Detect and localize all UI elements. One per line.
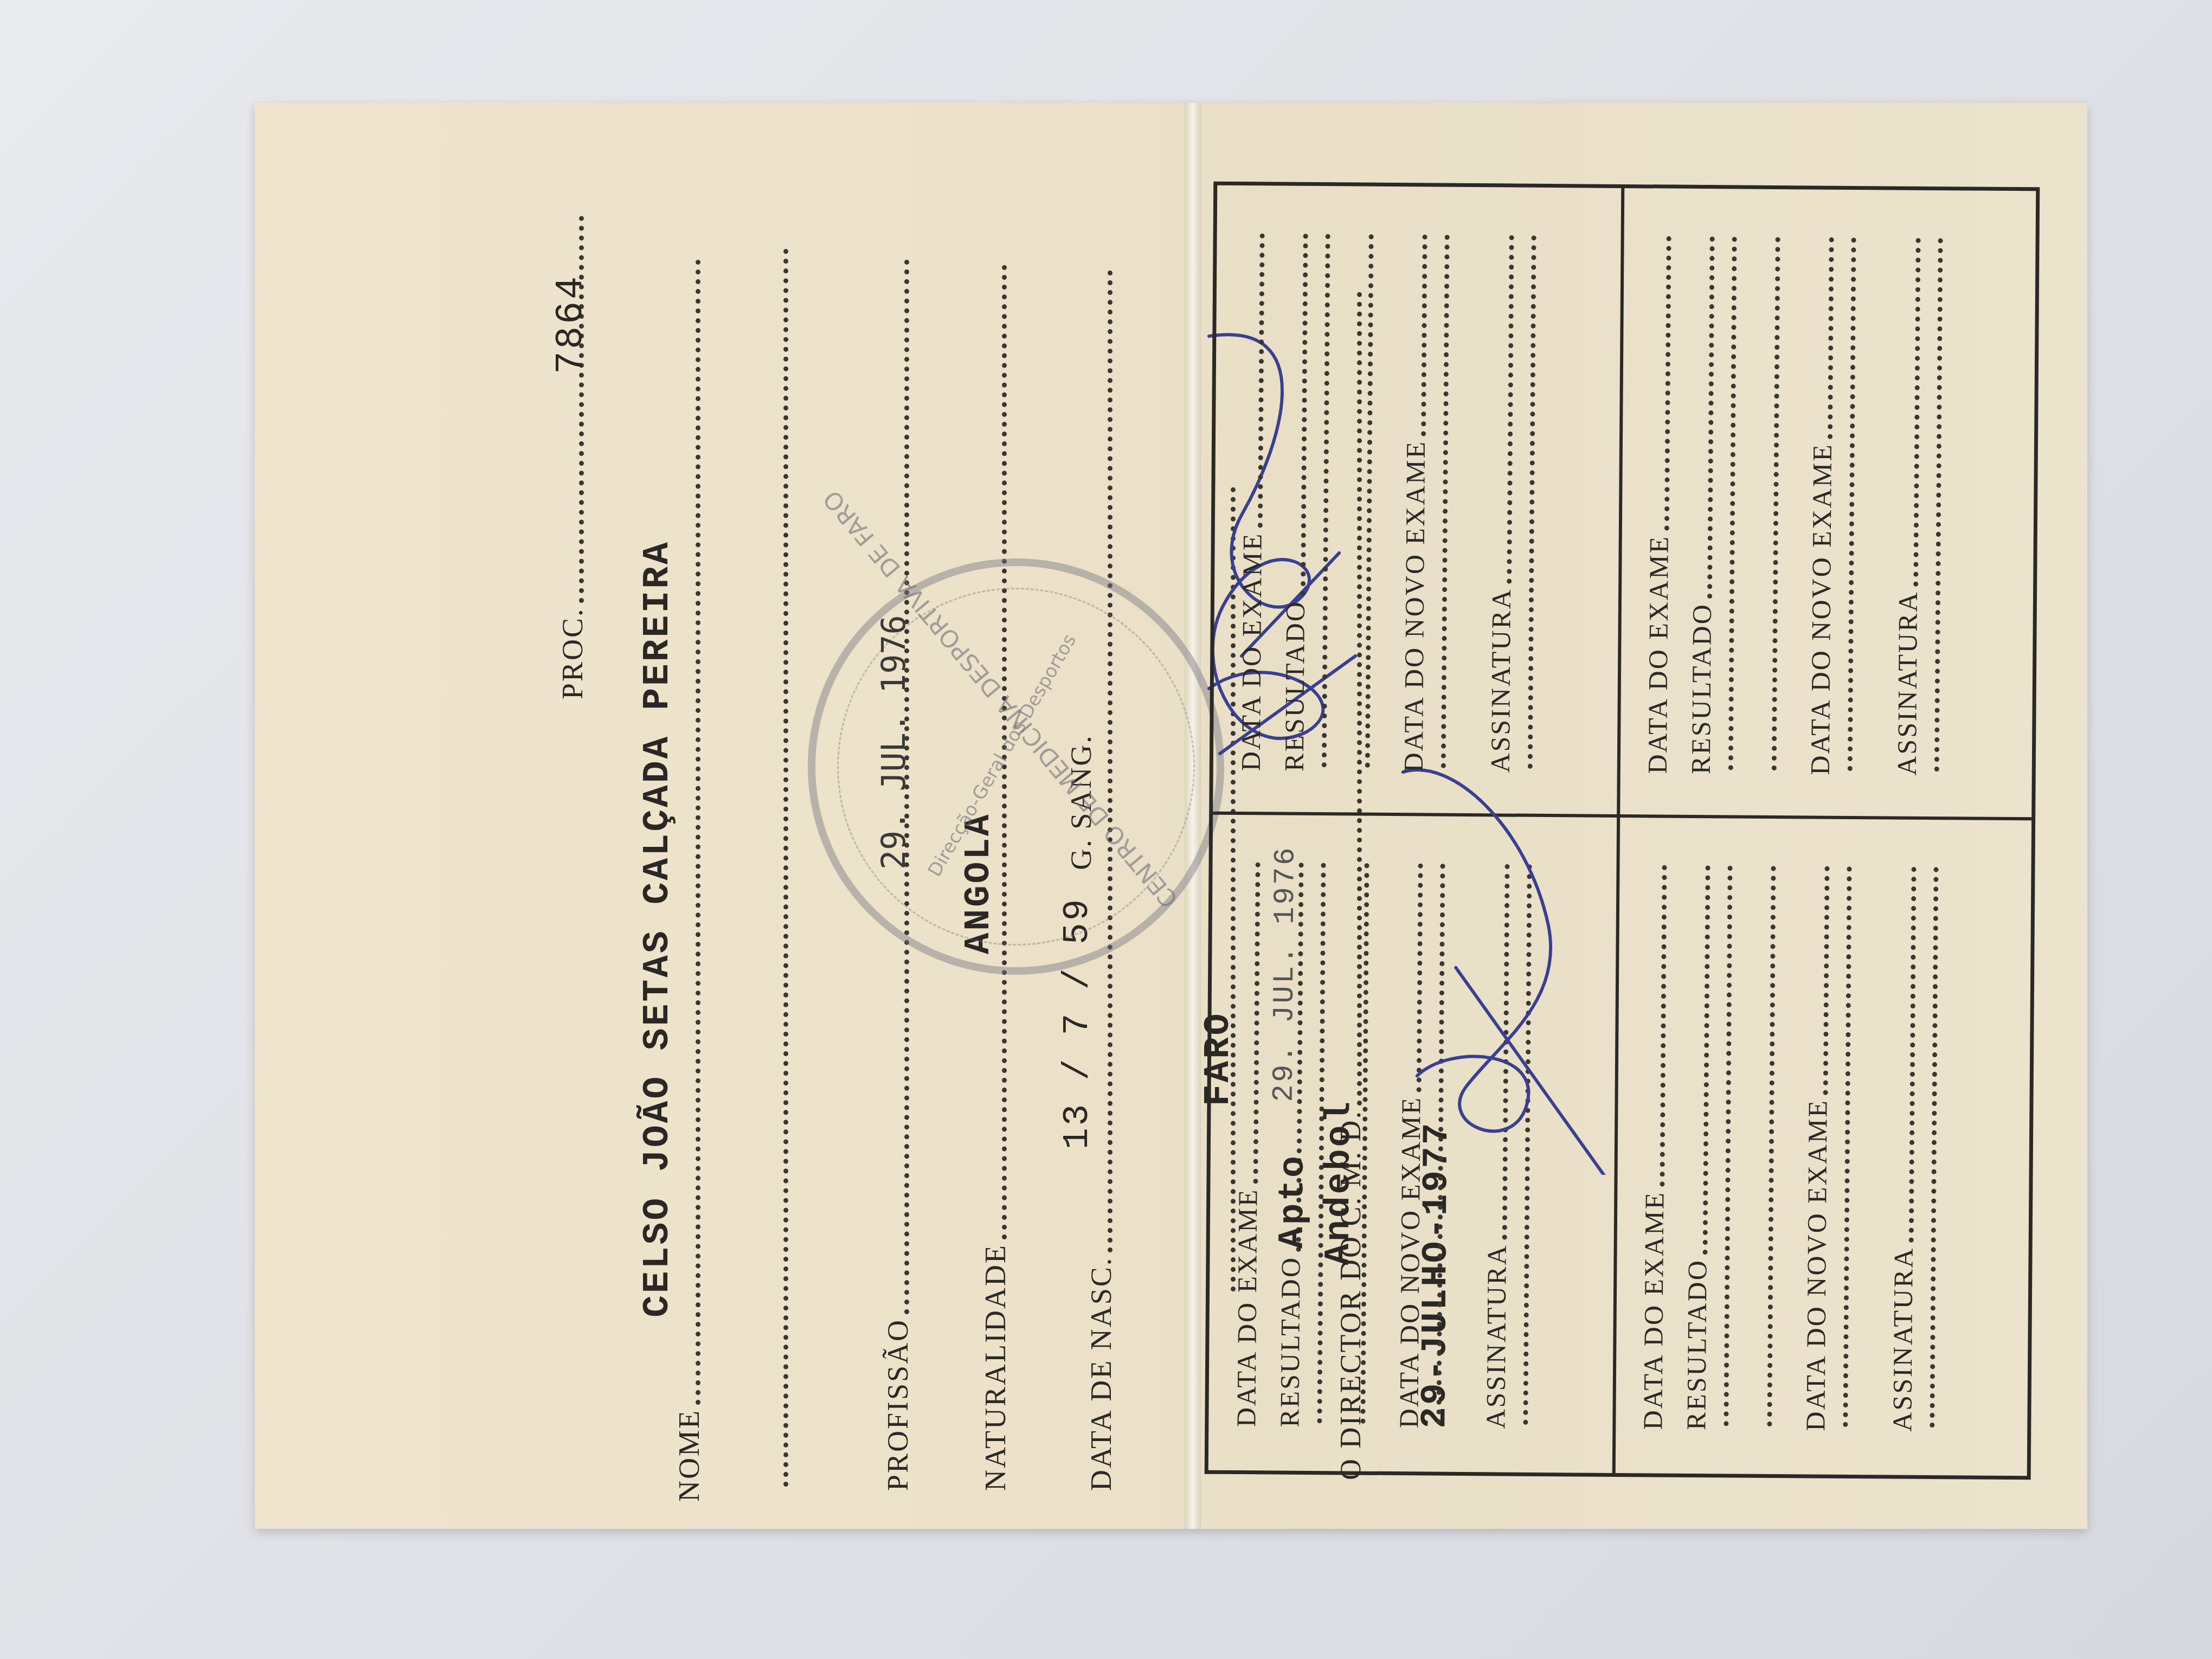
resultado-line-3-dots: [1360, 863, 1369, 1424]
resultado-dots: [1703, 865, 1711, 1255]
resultado-2-value: Andebol: [1318, 1099, 1360, 1265]
resultado-row: RESULTADO: [1685, 232, 1720, 774]
resultado-row: RESULTADO: [1278, 229, 1314, 771]
nome-value: CELSO JOÃO SETAS CALÇADA PEREIRA: [637, 540, 679, 1317]
assinatura-line: [1528, 231, 1542, 773]
resultado-line-3-dots: [1365, 234, 1374, 768]
data-exame-label: DATA DO EXAME: [1235, 532, 1268, 771]
resultado-2-value-row: Andebol: [1318, 1099, 1360, 1265]
data-exame-dots: [1258, 233, 1265, 528]
assinatura-label: ASSINATURA: [1891, 590, 1924, 776]
resultado-line-3: [1772, 233, 1786, 775]
stamp-date: 29. JUL. 1976: [875, 615, 913, 870]
data-exame-row: DATA DO EXAME: [1642, 232, 1677, 774]
resultado-label: RESULTADO: [1685, 603, 1718, 774]
data-novo-exame-value-row: 29-JULHO-1977: [1414, 1121, 1457, 1428]
novo-exame-line: [1843, 862, 1857, 1431]
resultado-value: Apto: [1272, 1154, 1314, 1249]
data-nasc-sep-2: /: [1057, 966, 1098, 990]
novo-exame-line: [1848, 233, 1862, 775]
data-novo-exame-label: DATA DO NOVO EXAME: [1804, 443, 1838, 775]
official-stamp: CENTRO DE MEDICINA DESPORTIVA DE FARO Di…: [808, 558, 1224, 975]
assinatura-line: [1934, 234, 1949, 776]
naturalidade-label: NATURALIDADE: [979, 1244, 1012, 1491]
left-page: PROC. 7864 NOME CELSO JOÃO SETAS CALÇADA…: [255, 103, 1185, 1529]
data-novo-exame-dots: [1823, 866, 1830, 1095]
data-exame-value-row: 29. JUL. 1976: [1268, 845, 1302, 1102]
assinatura-line-dots: [1934, 238, 1943, 771]
assinatura-line-dots: [1528, 235, 1536, 769]
proc-number: 7864: [550, 274, 593, 374]
proc-number-row: 7864: [550, 274, 593, 374]
data-exame-dots: [1664, 236, 1671, 531]
data-novo-exame-row: DATA DO NOVO EXAME: [1398, 230, 1433, 772]
data-novo-exame-row: DATA DO NOVO EXAME: [1804, 233, 1840, 775]
data-exame-value: 29. JUL. 1976: [1268, 845, 1302, 1102]
resultado-line-3-dots: [1772, 237, 1780, 770]
exam-cell-top-right: DATA DO EXAME RESULTADO DATA DO NOVO EXA…: [1619, 188, 2028, 817]
nome-continuation-row: [783, 244, 794, 1491]
data-exame-row: DATA DO EXAME: [1235, 229, 1270, 771]
novo-exame-line-dots: [1848, 237, 1856, 771]
assinatura-dots: [1913, 238, 1920, 587]
resultado-dots: [1707, 236, 1715, 599]
nome-label: NOME: [672, 1409, 706, 1502]
assinatura-dots: [1502, 864, 1510, 1239]
resultado-line-2: [1322, 229, 1336, 771]
data-novo-exame-dots: [1828, 237, 1834, 439]
assinatura-label: ASSINATURA: [1886, 1246, 1919, 1432]
exam-table: DATA DO EXAME RESULTADO Apto 29. JUL. 19…: [1205, 182, 2040, 1480]
nome-dots: [696, 259, 700, 1405]
assinatura-dots: [1507, 235, 1514, 584]
right-page: DATA DO EXAME RESULTADO Apto 29. JUL. 19…: [1201, 103, 2087, 1529]
data-exame-dots: [1660, 865, 1667, 1187]
assinatura-dots: [1909, 867, 1917, 1243]
data-novo-exame-label: DATA DO NOVO EXAME: [1799, 1099, 1833, 1431]
exam-cell-bottom-left: DATA DO EXAME RESULTADO Apto 29. JUL. 19…: [1208, 814, 1617, 1468]
resultado-line-3: [1360, 859, 1374, 1428]
resultado-line-2-dots: [1322, 234, 1330, 767]
data-exame-label: DATA DO EXAME: [1637, 1191, 1670, 1430]
data-exame-label: DATA DO EXAME: [1230, 1188, 1263, 1427]
profissao-label: PROFISSÃO: [881, 1319, 915, 1491]
resultado-row: RESULTADO: [1680, 861, 1715, 1430]
resultado-line-3: [1365, 230, 1379, 772]
resultado-label: RESULTADO: [1680, 1259, 1713, 1430]
data-exame-row: DATA DO EXAME: [1230, 858, 1265, 1427]
assinatura-line-dots: [1523, 864, 1532, 1425]
resultado-line-2-dots: [1728, 236, 1737, 770]
data-nasc-sep-1: /: [1057, 1057, 1098, 1081]
novo-exame-line-dots: [1843, 866, 1851, 1427]
data-nasc-day: 13: [1057, 1102, 1098, 1149]
proc-label: PROC.: [556, 607, 589, 699]
assinatura-label: ASSINATURA: [1480, 1244, 1512, 1429]
resultado-value-row: Apto: [1272, 1154, 1314, 1249]
assinatura-line: [1523, 860, 1537, 1429]
data-nasc-month: 7: [1057, 1012, 1098, 1036]
resultado-line-3: [1767, 861, 1781, 1431]
assinatura-line-dots: [1930, 867, 1938, 1427]
exam-cell-top-left: DATA DO EXAME RESULTADO DATA DO NOVO EXA…: [1213, 185, 1621, 814]
data-exame-label: DATA DO EXAME: [1642, 535, 1675, 774]
data-nasc-label: DATA DE NASC.: [1084, 1257, 1118, 1491]
novo-exame-line: [1441, 230, 1455, 773]
data-exame-dots: [1253, 862, 1260, 1184]
exam-cell-bottom-right: DATA DO EXAME RESULTADO DATA DO NOVO EXA…: [1615, 817, 2023, 1470]
assinatura-row: ASSINATURA: [1891, 233, 1926, 775]
resultado-dots: [1301, 234, 1308, 596]
data-novo-exame-label: DATA DO NOVO EXAME: [1398, 440, 1431, 773]
nome-value-row: CELSO JOÃO SETAS CALÇADA PEREIRA: [637, 540, 679, 1317]
novo-exame-line-dots: [1441, 235, 1450, 768]
assinatura-row: ASSINATURA: [1886, 862, 1921, 1431]
data-novo-exame-dots: [1421, 234, 1427, 436]
assinatura-line: [1930, 863, 1944, 1432]
assinatura-row: ASSINATURA: [1480, 859, 1515, 1429]
nome-continuation-dots: [783, 248, 788, 1487]
assinatura-label: ASSINATURA: [1484, 588, 1517, 773]
data-novo-exame-value: 29-JULHO-1977: [1414, 1121, 1457, 1428]
resultado-line-2: [1724, 861, 1738, 1430]
medical-card: PROC. 7864 NOME CELSO JOÃO SETAS CALÇADA…: [255, 103, 2087, 1529]
resultado-line-3-dots: [1767, 866, 1776, 1426]
assinatura-row: ASSINATURA: [1484, 230, 1520, 773]
data-novo-exame-dots: [1417, 863, 1423, 1092]
resultado-line-2-dots: [1724, 865, 1732, 1426]
resultado-line-2: [1728, 232, 1742, 774]
data-novo-exame-row: DATA DO NOVO EXAME: [1799, 861, 1835, 1431]
resultado-label: RESULTADO: [1278, 600, 1311, 771]
resultado-label: RESULTADO: [1274, 1256, 1306, 1427]
data-exame-row: DATA DO EXAME: [1637, 860, 1672, 1430]
